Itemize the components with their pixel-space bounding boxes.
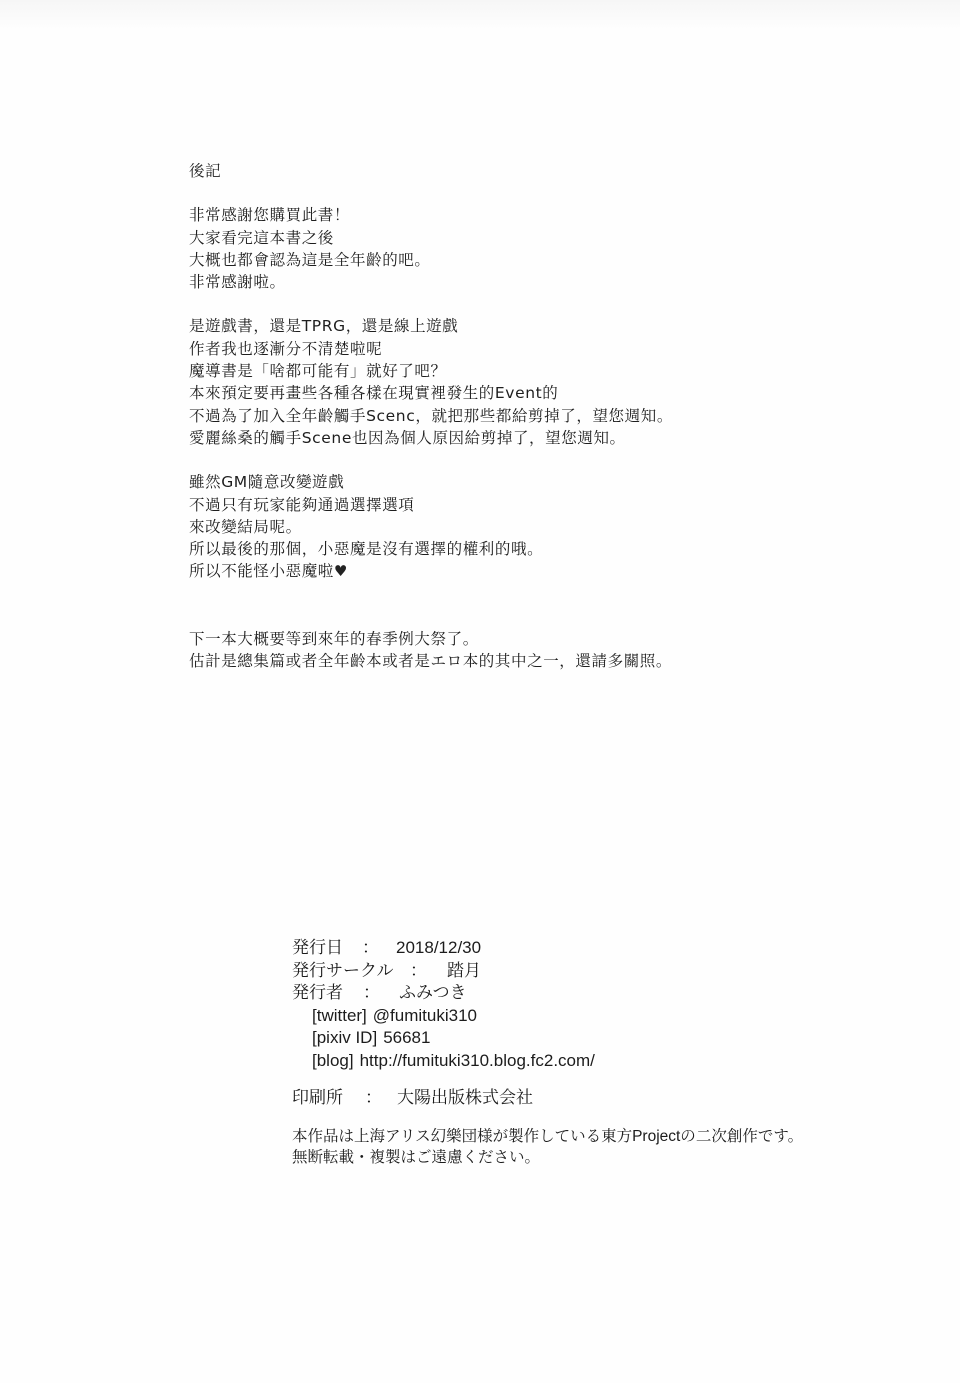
publish-date-row: 発行日 ： 2018/12/30	[292, 937, 803, 960]
publisher-value: ふみつき	[399, 982, 467, 1005]
publisher-row: 発行者 ： ふみつき	[292, 982, 803, 1005]
afterword-line: 雖然GM隨意改變遊戲	[189, 471, 673, 493]
afterword-paragraph-thanks: 非常感謝您購買此書！ 大家看完這本書之後 大概也都會認為這是全年齡的吧。 非常感…	[189, 204, 673, 293]
twitter-row: [twitter] @fumituki310	[292, 1005, 803, 1028]
separator: ：	[410, 960, 447, 983]
afterword-line: 來改變結局呢。	[189, 516, 673, 538]
twitter-tag: [twitter]	[312, 1005, 367, 1028]
colophon-section: 発行日 ： 2018/12/30 発行サークル ： 踏月 発行者 ： ふみつき …	[292, 937, 803, 1168]
separator: ：	[363, 982, 399, 1005]
pixiv-id: 56681	[383, 1027, 430, 1050]
scan-edge-shadow	[0, 0, 960, 30]
afterword-line-text: 所以不能怪小惡魔啦	[189, 562, 334, 580]
afterword-line: 作者我也逐漸分不清楚啦呢	[189, 338, 673, 360]
afterword-section: 後記 非常感謝您購買此書！ 大家看完這本書之後 大概也都會認為這是全年齡的吧。 …	[189, 160, 673, 694]
afterword-line-last: 所以不能怪小惡魔啦♥	[189, 560, 673, 582]
pixiv-row: [pixiv ID] 56681	[292, 1027, 803, 1050]
publish-date-value: 2018/12/30	[396, 937, 481, 960]
publish-date-label: 発行日	[292, 937, 362, 960]
afterword-paragraph-gm: 雖然GM隨意改變遊戲 不過只有玩家能夠通過選擇選項 來改變結局呢。 所以最後的那…	[189, 471, 673, 582]
separator: ：	[365, 1087, 397, 1110]
afterword-line: 不過只有玩家能夠通過選擇選項	[189, 494, 673, 516]
afterword-line: 所以最後的那個，小惡魔是沒有選擇的權利的哦。	[189, 538, 673, 560]
copyright-notice: 本作品は上海アリス幻樂団様が製作している東方Projectの二次創作です。 無断…	[292, 1126, 803, 1168]
heart-icon: ♥	[334, 562, 348, 580]
publishing-circle-value: 踏月	[447, 960, 481, 983]
printer-row: 印刷所 ： 大陽出版株式会社	[292, 1087, 803, 1110]
blog-row: [blog] http://fumituki310.blog.fc2.com/	[292, 1050, 803, 1073]
printer-label: 印刷所	[292, 1087, 365, 1110]
blog-url: http://fumituki310.blog.fc2.com/	[360, 1050, 595, 1073]
afterword-line: 不過為了加入全年齡觸手Scenc，就把那些都給剪掉了，望您週知。	[189, 405, 673, 427]
afterword-line: 魔導書是「啥都可能有」就好了吧？	[189, 360, 673, 382]
publishing-circle-label: 発行サークル	[292, 960, 410, 983]
afterword-line: 非常感謝啦。	[189, 271, 673, 293]
afterword-line: 愛麗絲桑的觸手Scene也因為個人原因給剪掉了，望您週知。	[189, 427, 673, 449]
book-page: 後記 非常感謝您購買此書！ 大家看完這本書之後 大概也都會認為這是全年齡的吧。 …	[0, 0, 960, 1383]
printer-value: 大陽出版株式会社	[397, 1087, 533, 1110]
separator: ：	[362, 937, 396, 960]
afterword-line: 大家看完這本書之後	[189, 227, 673, 249]
afterword-title: 後記	[189, 160, 673, 182]
afterword-line: 本來預定要再畫些各種各樣在現實裡發生的Event的	[189, 382, 673, 404]
publishing-circle-row: 発行サークル ： 踏月	[292, 960, 803, 983]
afterword-line: 非常感謝您購買此書！	[189, 204, 673, 226]
pixiv-tag: [pixiv ID]	[312, 1027, 377, 1050]
notice-line: 無断転載・複製はご遠慮ください。	[292, 1147, 803, 1168]
afterword-paragraph-game-book: 是遊戲書，還是TPRG，還是線上遊戲 作者我也逐漸分不清楚啦呢 魔導書是「啥都可…	[189, 315, 673, 449]
afterword-line: 下一本大概要等到來年的春季例大祭了。	[189, 628, 673, 650]
afterword-line: 大概也都會認為這是全年齡的吧。	[189, 249, 673, 271]
afterword-line: 是遊戲書，還是TPRG，還是線上遊戲	[189, 315, 673, 337]
notice-line: 本作品は上海アリス幻樂団様が製作している東方Projectの二次創作です。	[292, 1126, 803, 1147]
twitter-handle: @fumituki310	[373, 1005, 477, 1028]
afterword-paragraph-next-book: 下一本大概要等到來年的春季例大祭了。 估計是總集篇或者全年齡本或者是エロ本的其中…	[189, 628, 673, 673]
blog-tag: [blog]	[312, 1050, 354, 1073]
publisher-label: 発行者	[292, 982, 363, 1005]
afterword-line: 估計是總集篇或者全年齡本或者是エロ本的其中之一，還請多關照。	[189, 650, 673, 672]
